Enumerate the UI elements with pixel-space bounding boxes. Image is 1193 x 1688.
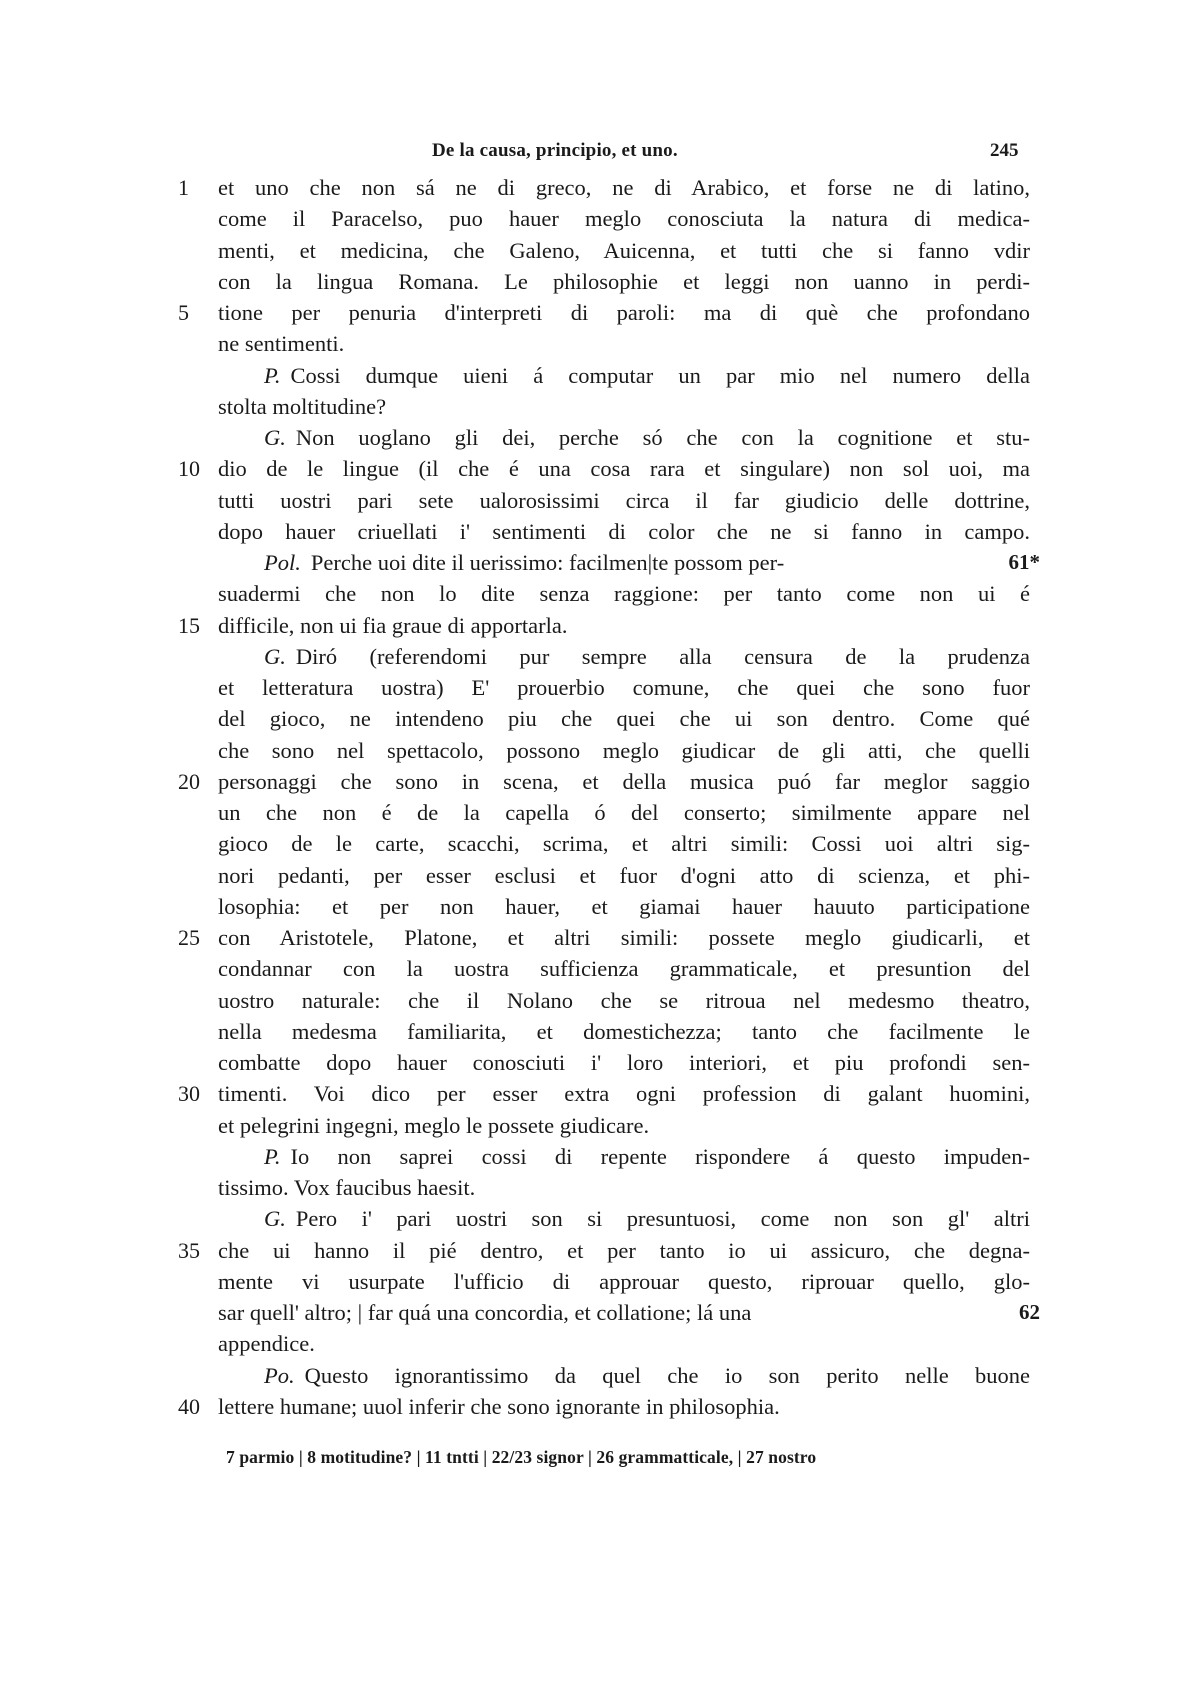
text-line: et pelegrini ingegni, meglo le possete g…: [0, 1110, 1193, 1141]
text-line: con la lingua Romana. Le philosophie et …: [0, 266, 1193, 297]
line-content: tutti uostri pari sete ualorosissimi cir…: [218, 488, 1030, 513]
line-text: ne sentimenti.: [218, 328, 1030, 359]
line-number: 20: [178, 766, 212, 797]
line-content: dio de le lingue (il che é una cosa rara…: [218, 456, 1030, 481]
text-line: gioco de le carte, scacchi, scrima, et a…: [0, 828, 1193, 859]
line-text: et uno che non sá ne di greco, ne di Ara…: [218, 172, 1030, 203]
line-text: menti, et medicina, che Galeno, Auicenna…: [218, 235, 1030, 266]
line-text: losophia: et per non hauer, et giamai ha…: [218, 891, 1030, 922]
speaker-label: G.: [264, 425, 286, 450]
speaker-label: Po.: [264, 1363, 295, 1388]
text-line: 15difficile, non ui fia graue di apporta…: [0, 610, 1193, 641]
page-number: 245: [990, 140, 1019, 162]
running-title: De la causa, principio, et uno.: [432, 140, 678, 162]
line-text: mente vi usurpate l'ufficio di approuar …: [218, 1266, 1030, 1297]
text-line: 25con Aristotele, Platone, et altri simi…: [0, 922, 1193, 953]
line-text: personaggi che sono in scena, et della m…: [218, 766, 1030, 797]
marginal-page-reference: 62: [1000, 1297, 1040, 1328]
line-text: timenti. Voi dico per esser extra ogni p…: [218, 1078, 1030, 1109]
text-line: dopo hauer criuellati i' sentimenti di c…: [0, 516, 1193, 547]
text-line: condannar con la uostra sufficienza gram…: [0, 953, 1193, 984]
line-content: et pelegrini ingegni, meglo le possete g…: [218, 1113, 649, 1138]
line-content: tione per penuria d'interpreti di paroli…: [218, 300, 1030, 325]
text-line: tutti uostri pari sete ualorosissimi cir…: [0, 485, 1193, 516]
line-text: P.Cossi dumque uieni á computar un par m…: [264, 360, 1030, 391]
line-content: Io non saprei cossi di repente risponder…: [290, 1144, 1030, 1169]
line-content: stolta moltitudine?: [218, 394, 386, 419]
line-content: gioco de le carte, scacchi, scrima, et a…: [218, 831, 1030, 856]
footnotes-apparatus: 7 parmio | 8 motitudine? | 11 tntti | 22…: [226, 1447, 1026, 1468]
text-line: 35che ui hanno il pié dentro, et per tan…: [0, 1235, 1193, 1266]
text-line: G.Non uoglano gli dei, perche só che con…: [0, 422, 1193, 453]
line-text: tutti uostri pari sete ualorosissimi cir…: [218, 485, 1030, 516]
line-text: nella medesma familiarita, et domestiche…: [218, 1016, 1030, 1047]
line-content: timenti. Voi dico per esser extra ogni p…: [218, 1081, 1030, 1106]
line-content: combatte dopo hauer conosciuti i' loro i…: [218, 1050, 1030, 1075]
text-line: nella medesma familiarita, et domestiche…: [0, 1016, 1193, 1047]
marginal-page-reference: 61*: [1000, 547, 1040, 578]
line-content: Questo ignorantissimo da quel che io son…: [305, 1363, 1030, 1388]
line-number: 35: [178, 1235, 212, 1266]
text-line: 1et uno che non sá ne di greco, ne di Ar…: [0, 172, 1193, 203]
line-text: tissimo. Vox faucibus haesit.: [218, 1172, 1030, 1203]
text-line: 30timenti. Voi dico per esser extra ogni…: [0, 1078, 1193, 1109]
line-content: Pero i' pari uostri son si presuntuosi, …: [296, 1206, 1030, 1231]
line-content: suadermi che non lo dite senza raggione:…: [218, 581, 1030, 606]
line-text: gioco de le carte, scacchi, scrima, et a…: [218, 828, 1030, 859]
line-text: dopo hauer criuellati i' sentimenti di c…: [218, 516, 1030, 547]
line-content: condannar con la uostra sufficienza gram…: [218, 956, 1030, 981]
text-line: 10dio de le lingue (il che é una cosa ra…: [0, 453, 1193, 484]
text-line: P.Io non saprei cossi di repente rispond…: [0, 1141, 1193, 1172]
text-line: un che non é de la capella ó del consert…: [0, 797, 1193, 828]
text-line: Po.Questo ignorantissimo da quel che io …: [0, 1360, 1193, 1391]
text-line: menti, et medicina, che Galeno, Auicenna…: [0, 235, 1193, 266]
text-line: ne sentimenti.: [0, 328, 1193, 359]
speaker-label: P.: [264, 363, 280, 388]
text-line: uostro naturale: che il Nolano che se ri…: [0, 985, 1193, 1016]
line-content: Non uoglano gli dei, perche só che con l…: [296, 425, 1030, 450]
line-content: Diró (referendomi pur sempre alla censur…: [296, 644, 1030, 669]
line-text: tione per penuria d'interpreti di paroli…: [218, 297, 1030, 328]
line-number: 25: [178, 922, 212, 953]
line-text: et letteratura uostra) E' prouerbio comu…: [218, 672, 1030, 703]
line-text: nori pedanti, per esser esclusi et fuor …: [218, 860, 1030, 891]
line-content: Cossi dumque uieni á computar un par mio…: [290, 363, 1030, 388]
line-text: uostro naturale: che il Nolano che se ri…: [218, 985, 1030, 1016]
line-text: come il Paracelso, puo hauer meglo conos…: [218, 203, 1030, 234]
line-text: condannar con la uostra sufficienza gram…: [218, 953, 1030, 984]
line-text: del gioco, ne intendeno piu che quei che…: [218, 703, 1030, 734]
text-line: appendice.: [0, 1328, 1193, 1359]
line-content: appendice.: [218, 1331, 315, 1356]
line-text: Pol.Perche uoi dite il uerissimo: facilm…: [264, 547, 1030, 578]
line-content: come il Paracelso, puo hauer meglo conos…: [218, 206, 1030, 231]
line-text: con Aristotele, Platone, et altri simili…: [218, 922, 1030, 953]
body-text: 1et uno che non sá ne di greco, ne di Ar…: [0, 172, 1193, 1422]
line-content: tissimo. Vox faucibus haesit.: [218, 1175, 475, 1200]
line-text: con la lingua Romana. Le philosophie et …: [218, 266, 1030, 297]
line-text: difficile, non ui fia graue di apportarl…: [218, 610, 1030, 641]
line-text: un che non é de la capella ó del consert…: [218, 797, 1030, 828]
line-number: 1: [178, 172, 212, 203]
line-content: sar quell' altro; | far quá una concordi…: [218, 1300, 751, 1325]
line-content: ne sentimenti.: [218, 331, 344, 356]
text-line: P.Cossi dumque uieni á computar un par m…: [0, 360, 1193, 391]
line-content: Perche uoi dite il uerissimo: facilmen|t…: [311, 550, 784, 575]
line-text: Po.Questo ignorantissimo da quel che io …: [264, 1360, 1030, 1391]
line-content: un che non é de la capella ó del consert…: [218, 800, 1030, 825]
page-header: De la causa, principio, et uno. 245: [0, 140, 1193, 170]
line-content: nori pedanti, per esser esclusi et fuor …: [218, 863, 1030, 888]
line-text: che sono nel spettacolo, possono meglo g…: [218, 735, 1030, 766]
text-line: stolta moltitudine?: [0, 391, 1193, 422]
line-content: del gioco, ne intendeno piu che quei che…: [218, 706, 1030, 731]
line-number: 10: [178, 453, 212, 484]
text-line: mente vi usurpate l'ufficio di approuar …: [0, 1266, 1193, 1297]
text-line: del gioco, ne intendeno piu che quei che…: [0, 703, 1193, 734]
line-text: stolta moltitudine?: [218, 391, 1030, 422]
line-content: mente vi usurpate l'ufficio di approuar …: [218, 1269, 1030, 1294]
text-line: che sono nel spettacolo, possono meglo g…: [0, 735, 1193, 766]
text-line: et letteratura uostra) E' prouerbio comu…: [0, 672, 1193, 703]
line-text: combatte dopo hauer conosciuti i' loro i…: [218, 1047, 1030, 1078]
line-text: dio de le lingue (il che é una cosa rara…: [218, 453, 1030, 484]
text-line: come il Paracelso, puo hauer meglo conos…: [0, 203, 1193, 234]
text-line: tissimo. Vox faucibus haesit.: [0, 1172, 1193, 1203]
line-content: difficile, non ui fia graue di apportarl…: [218, 613, 567, 638]
line-content: nella medesma familiarita, et domestiche…: [218, 1019, 1030, 1044]
line-content: et uno che non sá ne di greco, ne di Ara…: [218, 175, 1030, 200]
line-text: G.Diró (referendomi pur sempre alla cens…: [264, 641, 1030, 672]
text-line: G.Pero i' pari uostri son si presuntuosi…: [0, 1203, 1193, 1234]
line-content: dopo hauer criuellati i' sentimenti di c…: [218, 519, 1030, 544]
line-number: 15: [178, 610, 212, 641]
line-text: et pelegrini ingegni, meglo le possete g…: [218, 1110, 1030, 1141]
text-line: nori pedanti, per esser esclusi et fuor …: [0, 860, 1193, 891]
line-content: con la lingua Romana. Le philosophie et …: [218, 269, 1030, 294]
line-text: sar quell' altro; | far quá una concordi…: [218, 1297, 1030, 1328]
line-text: G.Non uoglano gli dei, perche só che con…: [264, 422, 1030, 453]
text-line: Pol.Perche uoi dite il uerissimo: facilm…: [0, 547, 1193, 578]
line-text: appendice.: [218, 1328, 1030, 1359]
line-text: G.Pero i' pari uostri son si presuntuosi…: [264, 1203, 1030, 1234]
line-number: 40: [178, 1391, 212, 1422]
text-line: sar quell' altro; | far quá una concordi…: [0, 1297, 1193, 1328]
text-line: G.Diró (referendomi pur sempre alla cens…: [0, 641, 1193, 672]
text-line: 40lettere humane; uuol inferir che sono …: [0, 1391, 1193, 1422]
line-content: uostro naturale: che il Nolano che se ri…: [218, 988, 1030, 1013]
line-text: lettere humane; uuol inferir che sono ig…: [218, 1391, 1030, 1422]
speaker-label: G.: [264, 1206, 286, 1231]
line-text: che ui hanno il pié dentro, et per tanto…: [218, 1235, 1030, 1266]
speaker-label: G.: [264, 644, 286, 669]
line-number: 5: [178, 297, 212, 328]
line-content: con Aristotele, Platone, et altri simili…: [218, 925, 1030, 950]
speaker-label: P.: [264, 1144, 280, 1169]
line-number: 30: [178, 1078, 212, 1109]
text-line: suadermi che non lo dite senza raggione:…: [0, 578, 1193, 609]
text-line: 5tione per penuria d'interpreti di parol…: [0, 297, 1193, 328]
line-content: et letteratura uostra) E' prouerbio comu…: [218, 675, 1030, 700]
line-content: personaggi che sono in scena, et della m…: [218, 769, 1030, 794]
text-line: losophia: et per non hauer, et giamai ha…: [0, 891, 1193, 922]
text-line: 20personaggi che sono in scena, et della…: [0, 766, 1193, 797]
line-content: che sono nel spettacolo, possono meglo g…: [218, 738, 1030, 763]
line-content: losophia: et per non hauer, et giamai ha…: [218, 894, 1030, 919]
line-content: che ui hanno il pié dentro, et per tanto…: [218, 1238, 1030, 1263]
speaker-label: Pol.: [264, 550, 301, 575]
text-line: combatte dopo hauer conosciuti i' loro i…: [0, 1047, 1193, 1078]
line-text: suadermi che non lo dite senza raggione:…: [218, 578, 1030, 609]
line-content: menti, et medicina, che Galeno, Auicenna…: [218, 238, 1030, 263]
line-text: P.Io non saprei cossi di repente rispond…: [264, 1141, 1030, 1172]
line-content: lettere humane; uuol inferir che sono ig…: [218, 1394, 780, 1419]
